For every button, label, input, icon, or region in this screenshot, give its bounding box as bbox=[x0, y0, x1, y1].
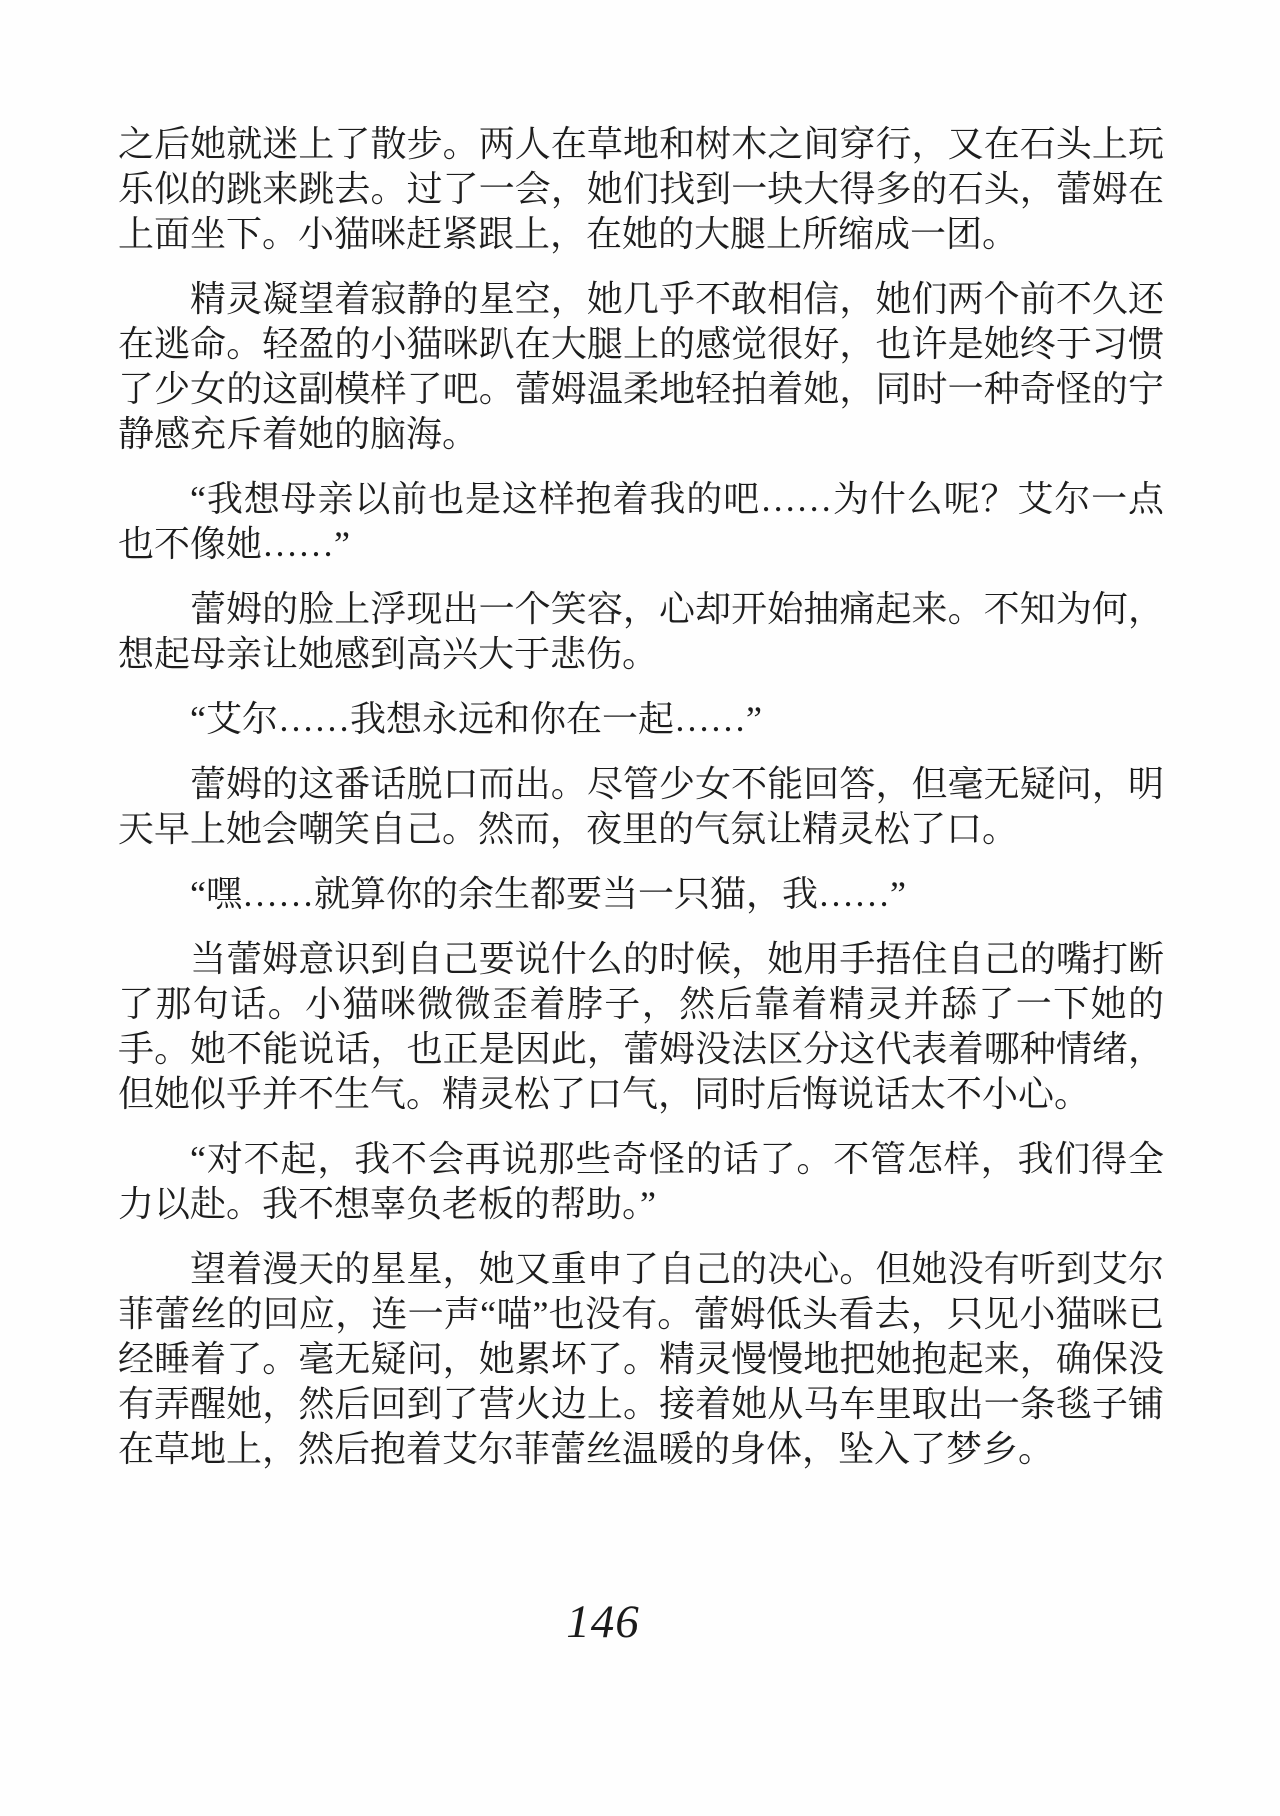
paragraph-dialogue: “我想母亲以前也是这样抱着我的吧……为什么呢？艾尔一点也不像她……” bbox=[118, 477, 1164, 567]
book-page: 之后她就迷上了散步。两人在草地和树木之间穿行，又在石头上玩乐似的跳来跳去。过了一… bbox=[0, 0, 1280, 1816]
paragraph-dialogue: “嘿……就算你的余生都要当一只猫，我……” bbox=[118, 872, 1164, 917]
paragraph: 当蕾姆意识到自己要说什么的时候，她用手捂住自己的嘴打断了那句话。小猫咪微微歪着脖… bbox=[118, 937, 1164, 1117]
paragraph: 蕾姆的脸上浮现出一个笑容，心却开始抽痛起来。不知为何，想起母亲让她感到高兴大于悲… bbox=[118, 587, 1164, 677]
paragraph: 精灵凝望着寂静的星空，她几乎不敢相信，她们两个前不久还在逃命。轻盈的小猫咪趴在大… bbox=[118, 277, 1164, 457]
paragraph: 蕾姆的这番话脱口而出。尽管少女不能回答，但毫无疑问，明天早上她会嘲笑自己。然而，… bbox=[118, 762, 1164, 852]
page-number: 146 bbox=[0, 1594, 1243, 1650]
paragraph: 之后她就迷上了散步。两人在草地和树木之间穿行，又在石头上玩乐似的跳来跳去。过了一… bbox=[118, 122, 1164, 257]
paragraph-dialogue: “对不起，我不会再说那些奇怪的话了。不管怎样，我们得全力以赴。我不想辜负老板的帮… bbox=[118, 1137, 1164, 1227]
paragraph-dialogue: “艾尔……我想永远和你在一起……” bbox=[118, 697, 1164, 742]
paragraph: 望着漫天的星星，她又重申了自己的决心。但她没有听到艾尔菲蕾丝的回应，连一声“喵”… bbox=[118, 1247, 1164, 1472]
text-block: 之后她就迷上了散步。两人在草地和树木之间穿行，又在石头上玩乐似的跳来跳去。过了一… bbox=[118, 122, 1164, 1492]
